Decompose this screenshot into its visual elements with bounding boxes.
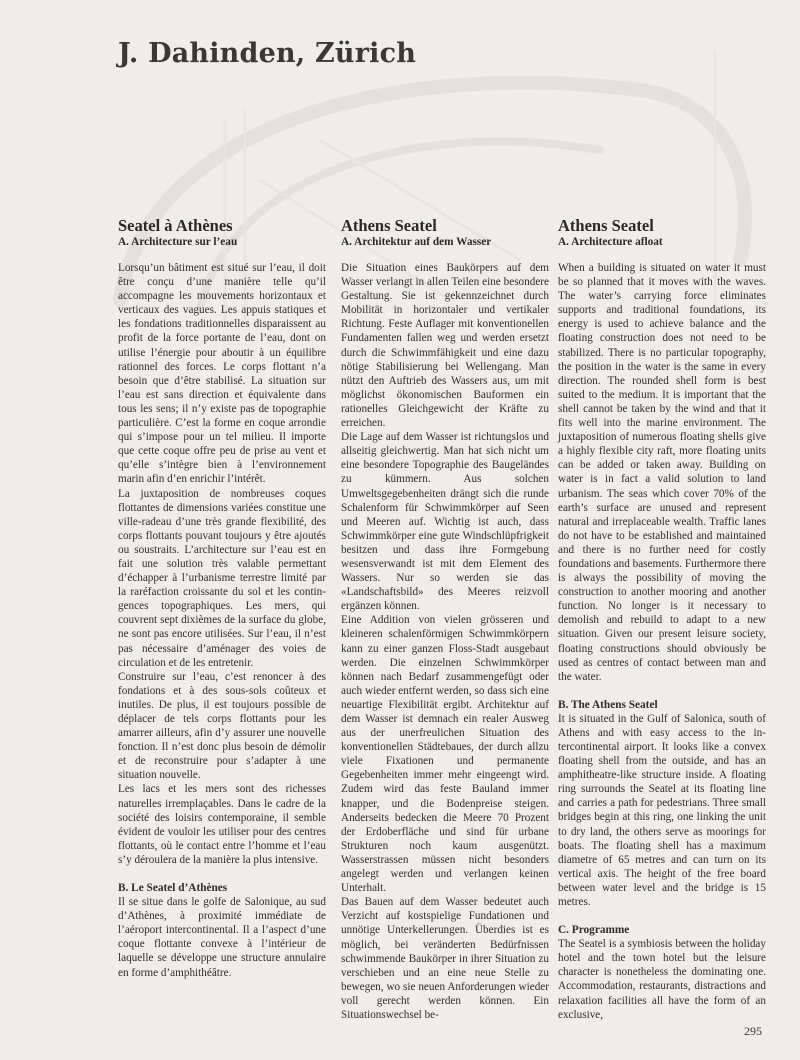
column-title: Athens Seatel (341, 216, 549, 235)
paragraph: Die Situation eines Baukörpers auf dem W… (341, 261, 549, 430)
section-heading: C. Programme (558, 923, 766, 937)
paragraph: Lorsqu’un bâtiment est situé sur l’eau, … (118, 261, 326, 487)
paragraph: When a building is situated on water it … (558, 261, 766, 684)
paragraph: Das Bauen auf dem Wasser bedeutet auch V… (341, 895, 549, 1022)
page-number: 295 (744, 1024, 762, 1039)
paragraph: Die Lage auf dem Wasser ist richtungslos… (341, 430, 549, 613)
column-title: Athens Seatel (558, 216, 766, 235)
column-subtitle: A. Architektur auf dem Wasser (341, 235, 549, 249)
column-title: Seatel à Athènes (118, 216, 326, 235)
paragraph: Il se situe dans le golfe de Salonique, … (118, 895, 326, 980)
section-heading: B. The Athens Seatel (558, 698, 766, 712)
section-heading: B. Le Seatel d’Athènes (118, 881, 326, 895)
column-french: Seatel à Athènes A. Architecture sur l’e… (118, 216, 326, 980)
paragraph: La juxtaposition de nombreuses coques fl… (118, 487, 326, 670)
paragraph: Construire sur l’eau, c’est renoncer à d… (118, 670, 326, 783)
column-german: Athens Seatel A. Architektur auf dem Was… (341, 216, 549, 1022)
document-page: J. Dahinden, Zürich Seatel à Athènes A. … (0, 0, 800, 1060)
paragraph: Eine Addition von vielen grösseren und k… (341, 613, 549, 895)
column-subtitle: A. Architecture sur l’eau (118, 235, 326, 249)
paragraph: It is situated in the Gulf of Salonica, … (558, 712, 766, 909)
paragraph: Les lacs et les mers sont des richesses … (118, 782, 326, 867)
column-subtitle: A. Architecture afloat (558, 235, 766, 249)
paragraph: The Seatel is a symbiosis between the ho… (558, 937, 766, 1022)
page-title: J. Dahinden, Zürich (118, 38, 416, 69)
column-english: Athens Seatel A. Architecture afloat Whe… (558, 216, 766, 1022)
